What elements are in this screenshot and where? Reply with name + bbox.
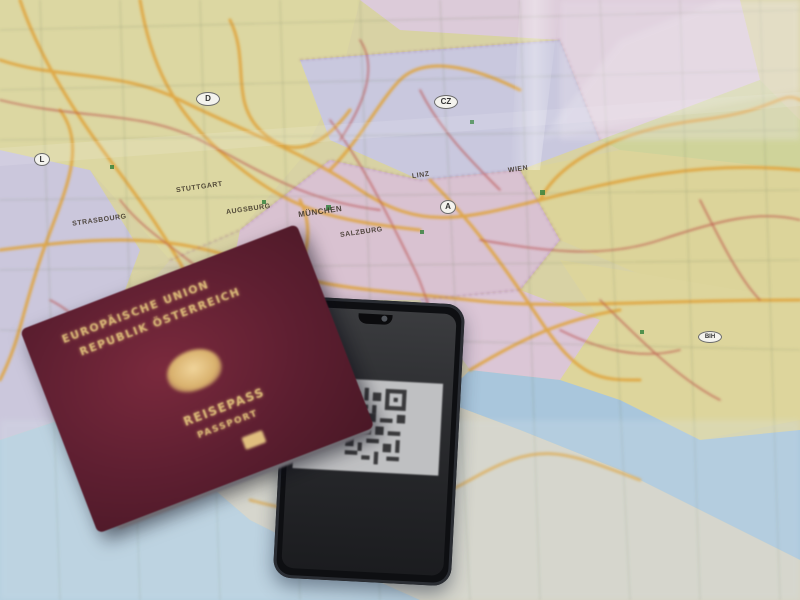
photo-scene: D CZ A L BIH STUTTGART AUGSBURG MÜNCHEN … bbox=[0, 0, 800, 600]
map-country-label-luxembourg: L bbox=[34, 153, 50, 166]
phone-notch bbox=[358, 313, 392, 325]
map-country-label-austria: A bbox=[440, 200, 456, 214]
map-country-label-germany: D bbox=[196, 92, 220, 106]
map-country-label-czech: CZ bbox=[434, 95, 458, 109]
map-country-label-bosnia: BIH bbox=[698, 331, 722, 343]
